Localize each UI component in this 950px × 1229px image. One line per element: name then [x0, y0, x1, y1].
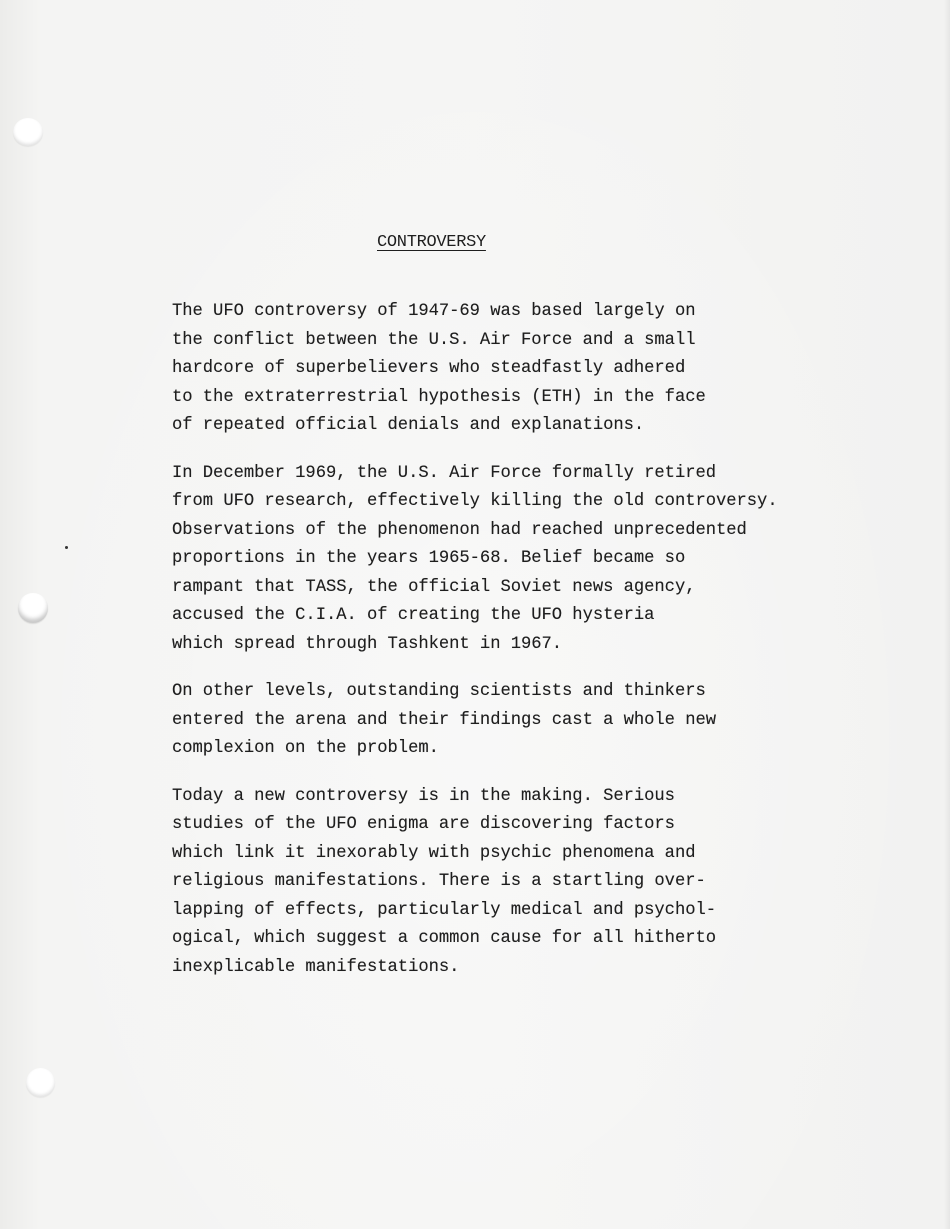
- text-line: which link it inexorably with psychic ph…: [172, 840, 892, 869]
- paragraph-4: Today a new controversy is in the making…: [172, 783, 892, 983]
- text-line: to the extraterrestrial hypothesis (ETH)…: [172, 384, 892, 413]
- text-line: On other levels, outstanding scientists …: [172, 678, 892, 707]
- text-line: studies of the UFO enigma are discoverin…: [172, 811, 892, 840]
- paragraph-1: The UFO controversy of 1947-69 was based…: [172, 298, 892, 441]
- text-line: The UFO controversy of 1947-69 was based…: [172, 298, 892, 327]
- paragraph-2: In December 1969, the U.S. Air Force for…: [172, 460, 892, 660]
- text-line: hardcore of superbelievers who steadfast…: [172, 355, 892, 384]
- text-line: inexplicable manifestations.: [172, 954, 892, 983]
- text-line: In December 1969, the U.S. Air Force for…: [172, 460, 892, 489]
- punch-hole-middle: [18, 593, 48, 623]
- document-title: CONTROVERSY: [377, 233, 486, 252]
- text-line: Today a new controversy is in the making…: [172, 783, 892, 812]
- paper-speck: [65, 546, 68, 549]
- text-line: ogical, which suggest a common cause for…: [172, 925, 892, 954]
- text-line: rampant that TASS, the official Soviet n…: [172, 574, 892, 603]
- punch-hole-bottom: [26, 1068, 55, 1097]
- text-line: Observations of the phenomenon had reach…: [172, 517, 892, 546]
- text-line: which spread through Tashkent in 1967.: [172, 631, 892, 660]
- page-edge-shadow: [944, 0, 950, 1229]
- text-line: of repeated official denials and explana…: [172, 412, 892, 441]
- text-line: entered the arena and their findings cas…: [172, 707, 892, 736]
- text-line: lapping of effects, particularly medical…: [172, 897, 892, 926]
- text-line: the conflict between the U.S. Air Force …: [172, 327, 892, 356]
- paragraph-3: On other levels, outstanding scientists …: [172, 678, 892, 764]
- text-line: religious manifestations. There is a sta…: [172, 868, 892, 897]
- text-line: complexion on the problem.: [172, 735, 892, 764]
- text-line: proportions in the years 1965-68. Belief…: [172, 545, 892, 574]
- text-line: accused the C.I.A. of creating the UFO h…: [172, 602, 892, 631]
- text-line: from UFO research, effectively killing t…: [172, 488, 892, 517]
- document-body: The UFO controversy of 1947-69 was based…: [172, 298, 892, 1001]
- punch-hole-top: [13, 118, 43, 146]
